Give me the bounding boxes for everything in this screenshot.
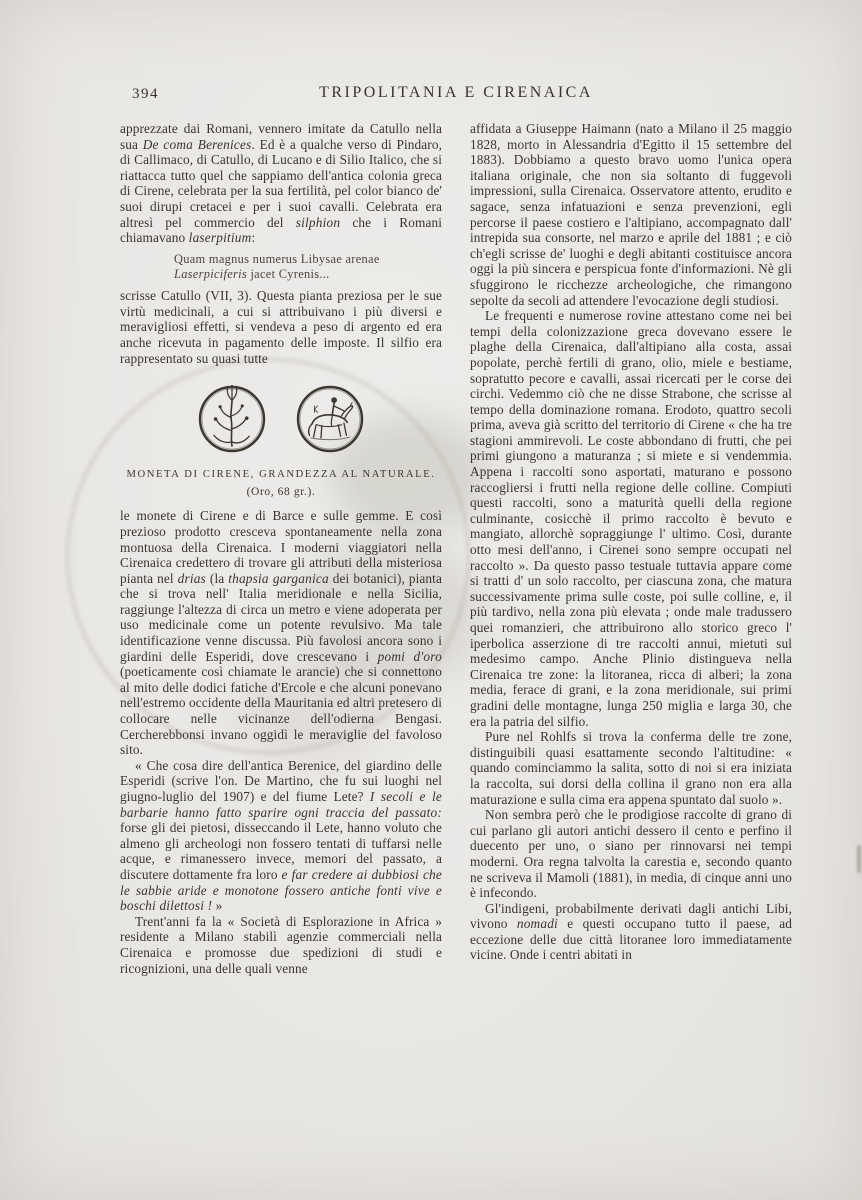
verse-line: Laserpiciferis jacet Cyrenis... bbox=[174, 267, 442, 282]
body-paragraph: scrisse Catullo (VII, 3). Questa pianta … bbox=[120, 288, 442, 366]
silphium-plant-coin-icon bbox=[191, 378, 273, 460]
coin-images bbox=[120, 378, 442, 460]
figure-caption: MONETA DI CIRENE, GRANDEZZA AL NATURALE. bbox=[120, 467, 442, 483]
body-paragraph: apprezzate dai Romani, vennero imitate d… bbox=[120, 121, 442, 246]
horseman-coin-icon bbox=[289, 378, 371, 460]
body-paragraph: Le frequenti e numerose rovine attestano… bbox=[470, 308, 792, 729]
figure-caption-detail: (Oro, 68 gr.). bbox=[120, 485, 442, 501]
left-col-before-figure: apprezzate dai Romani, vennero imitate d… bbox=[120, 121, 442, 366]
running-title: TRIPOLITANIA E CIRENAICA bbox=[120, 84, 792, 102]
right-column: affidata a Giuseppe Haimann (nato a Mila… bbox=[470, 121, 792, 976]
body-paragraph: « Che cosa dire dell'antica Berenice, de… bbox=[120, 758, 442, 914]
body-paragraph: Non sembra però che le prodigiose raccol… bbox=[470, 807, 792, 901]
coin-figure: MONETA DI CIRENE, GRANDEZZA AL NATURALE.… bbox=[120, 378, 442, 500]
left-column: apprezzate dai Romani, vennero imitate d… bbox=[120, 121, 442, 976]
body-paragraph: affidata a Giuseppe Haimann (nato a Mila… bbox=[470, 121, 792, 308]
body-paragraph: Pure nel Rohlfs si trova la conferma del… bbox=[470, 729, 792, 807]
page-edge-mark bbox=[857, 845, 861, 873]
left-col-after-figure: le monete di Cirene e di Barce e sulle g… bbox=[120, 508, 442, 976]
book-page: 394 TRIPOLITANIA E CIRENAICA apprezzate … bbox=[0, 0, 862, 1200]
text-columns: apprezzate dai Romani, vennero imitate d… bbox=[120, 121, 792, 976]
verse-line: Quam magnus numerus Libysae arenae bbox=[174, 252, 442, 267]
body-paragraph: le monete di Cirene e di Barce e sulle g… bbox=[120, 508, 442, 758]
body-paragraph: Trent'anni fa la « Società di Esplorazio… bbox=[120, 914, 442, 976]
figure-caption-block: MONETA DI CIRENE, GRANDEZZA AL NATURALE.… bbox=[120, 467, 442, 500]
body-paragraph: Gl'indigeni, probabilmente derivati dagl… bbox=[470, 901, 792, 963]
latin-verse: Quam magnus numerus Libysae arenaeLaserp… bbox=[174, 252, 442, 282]
